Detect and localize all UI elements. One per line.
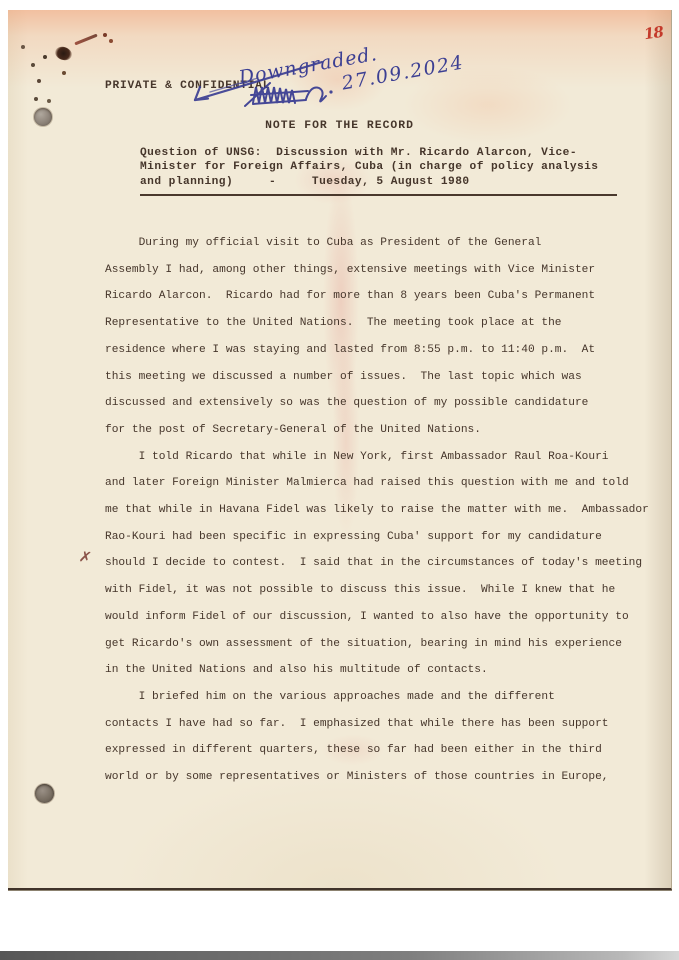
paragraph-2: I told Ricardo that while in New York, f… [105,444,665,684]
paragraph-3: I briefed him on the various approaches … [105,684,665,791]
handwritten-page-number: 18 [643,23,664,43]
ink-blot-stain [53,45,73,63]
document-body: During my official visit to Cuba as Pres… [105,230,665,791]
signature-scribble [245,83,333,106]
scanner-edge-strip [0,951,679,960]
punch-hole-bottom [35,784,54,803]
margin-x-mark: ✗ [78,547,94,567]
scanned-document-page: 18 PRIVATE & CONFIDENTIAL Downgraded. 27… [8,10,672,890]
paragraph-1: During my official visit to Cuba as Pres… [105,230,665,444]
ink-dash-stain [74,34,97,46]
document-title: NOTE FOR THE RECORD [8,120,671,132]
subject-block: Question of UNSG: Discussion with Mr. Ri… [140,146,617,196]
ink-specks [8,10,10,12]
